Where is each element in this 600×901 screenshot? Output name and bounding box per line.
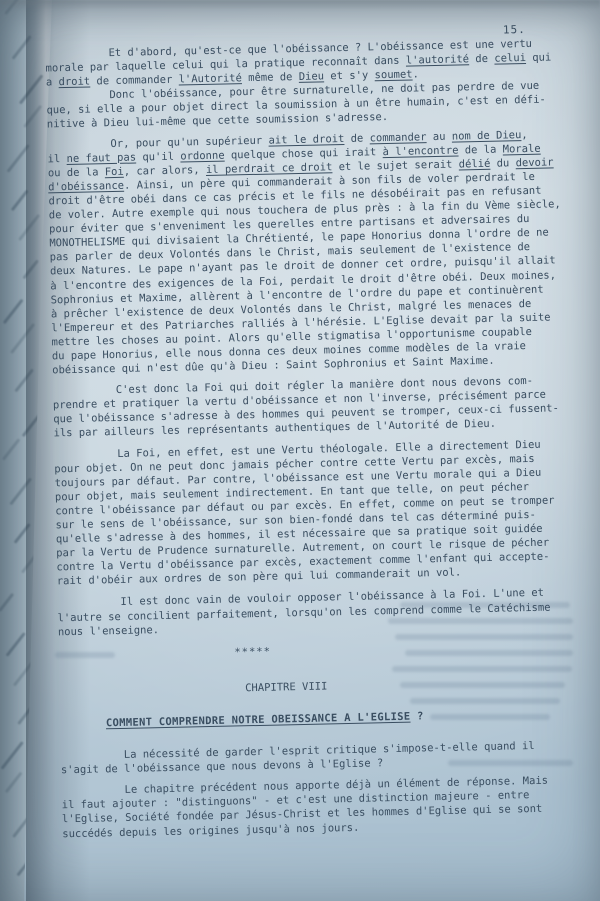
chapter-title: CHAPITRE VIII [59, 673, 595, 699]
paragraph: Or, pour qu'un supérieur ait le droit de… [47, 126, 588, 377]
page: 15. Et d'abord, qu'est-ce que l'obéissan… [0, 0, 600, 901]
book-page-photo: 15. Et d'abord, qu'est-ce que l'obéissan… [0, 0, 600, 901]
paragraph: Il est donc vain de vouloir opposer l'ob… [57, 585, 594, 639]
paragraph: La nécessité de garder l'esprit critique… [60, 738, 596, 778]
separator-asterisks: ***** [58, 637, 594, 663]
paragraph: Le chapitre précédent nous apporte déjà … [61, 773, 598, 841]
photo-edge-blur [0, 0, 600, 10]
section-heading: COMMENT COMPRENDRE NOTRE OBEISSANCE A L'… [60, 706, 596, 732]
paragraph: La Foi, en effet, est une Vertu théologa… [54, 436, 593, 589]
body-text: Et d'abord, qu'est-ce que l'obéissance ?… [44, 0, 598, 841]
paragraph: C'est donc la Foi qui doit régler la man… [53, 373, 590, 441]
